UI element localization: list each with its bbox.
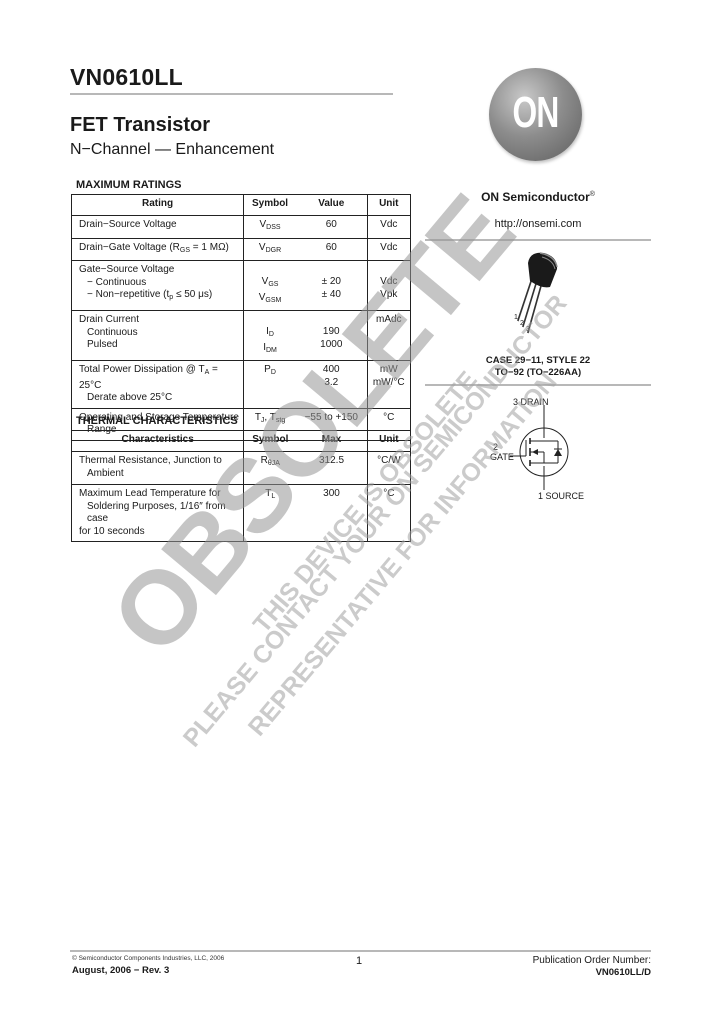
unit-cell: mW mW/°C [367, 361, 410, 409]
section-divider [425, 384, 651, 386]
copyright-notice: © Semiconductor Components Industries, L… [72, 955, 224, 962]
gate-pin-number: 2 [493, 442, 498, 452]
title-divider [70, 93, 393, 95]
rating-cell: Drain−Source Voltage [72, 216, 244, 239]
logo-text: ON [502, 88, 569, 138]
device-subtitle: N−Channel — Enhancement [70, 141, 274, 159]
unit-cell: mAdc [367, 311, 410, 361]
mosfet-schematic-icon [510, 400, 600, 495]
unit-cell: °C [367, 485, 410, 542]
part-number: VN0610LL [70, 64, 183, 91]
column-header: Unit [367, 195, 410, 216]
table-row: Gate−Source Voltage − Continuous − Non−r… [72, 261, 411, 311]
company-name: ON Semiconductor® [425, 190, 651, 204]
footer-divider [70, 950, 651, 952]
column-header: Symbol [244, 195, 296, 216]
website-link[interactable]: http://onsemi.com [425, 218, 651, 230]
table-header-row: Characteristics Symbol Max Unit [72, 431, 411, 452]
characteristic-cell: Maximum Lead Temperature for Soldering P… [72, 485, 244, 542]
table-row: Drain−Gate Voltage (RGS = 1 MΩ) VDGR 60 … [72, 238, 411, 261]
value-cell: 312.5 [296, 452, 367, 485]
maximum-ratings-heading: MAXIMUM RATINGS [76, 179, 182, 191]
symbol-cell: RθJA [244, 452, 296, 485]
table-row: Drain−Source Voltage VDSS 60 Vdc [72, 216, 411, 239]
value-cell: 60 [296, 238, 367, 261]
to92-package-icon [500, 245, 580, 345]
source-label: 1 SOURCE [538, 491, 584, 501]
value-cell: 60 [296, 216, 367, 239]
publication-label: Publication Order Number: [533, 955, 651, 966]
table-header-row: Rating Symbol Value Unit [72, 195, 411, 216]
rating-cell: Total Power Dissipation @ TA = 25°C Dera… [72, 361, 244, 409]
revision-date: August, 2006 − Rev. 3 [72, 965, 169, 976]
value-cell: 300 [296, 485, 367, 542]
unit-cell: Vdc Vpk [367, 261, 410, 311]
section-divider [425, 239, 651, 241]
symbol-cell: VDGR [244, 238, 296, 261]
column-header: Symbol [244, 431, 296, 452]
pin-label: 1 [514, 314, 518, 321]
publication-number: VN0610LL/D [596, 967, 651, 978]
thermal-characteristics-table: Characteristics Symbol Max Unit Thermal … [71, 430, 411, 542]
rating-cell: Drain Current Continuous Pulsed [72, 311, 244, 361]
rating-cell: Drain−Gate Voltage (RGS = 1 MΩ) [72, 238, 244, 261]
value-cell: ± 20 ± 40 [296, 261, 367, 311]
device-title: FET Transistor [70, 114, 210, 137]
column-header: Characteristics [72, 431, 244, 452]
column-header: Unit [367, 431, 410, 452]
value-cell: 190 1000 [296, 311, 367, 361]
case-designation: CASE 29−11, STYLE 22 [425, 355, 651, 366]
table-row: Thermal Resistance, Junction to Ambient … [72, 452, 411, 485]
gate-label: GATE [490, 452, 514, 462]
thermal-characteristics-heading: THERMAL CHARACTERISTICS [76, 415, 238, 427]
symbol-cell: TL [244, 485, 296, 542]
on-semiconductor-logo: ON [489, 68, 582, 161]
unit-cell: Vdc [367, 238, 410, 261]
table-row: Maximum Lead Temperature for Soldering P… [72, 485, 411, 542]
page-number: 1 [356, 955, 362, 967]
characteristic-cell: Thermal Resistance, Junction to Ambient [72, 452, 244, 485]
unit-cell: Vdc [367, 216, 410, 239]
maximum-ratings-table: Rating Symbol Value Unit Drain−Source Vo… [71, 194, 411, 441]
table-row: Total Power Dissipation @ TA = 25°C Dera… [72, 361, 411, 409]
package-type: TO−92 (TO−226AA) [425, 367, 651, 378]
table-row: Drain Current Continuous Pulsed ID IDM 1… [72, 311, 411, 361]
value-cell: 400 3.2 [296, 361, 367, 409]
column-header: Value [296, 195, 367, 216]
pin-label: 2 [520, 320, 524, 327]
column-header: Rating [72, 195, 244, 216]
unit-cell: °C/W [367, 452, 410, 485]
symbol-cell: VGS VGSM [244, 261, 296, 311]
symbol-cell: PD [244, 361, 296, 409]
drain-label: 3 DRAIN [513, 397, 549, 407]
symbol-cell: ID IDM [244, 311, 296, 361]
pin-label: 3 [526, 326, 530, 333]
column-header: Max [296, 431, 367, 452]
symbol-cell: VDSS [244, 216, 296, 239]
rating-cell: Gate−Source Voltage − Continuous − Non−r… [72, 261, 244, 311]
